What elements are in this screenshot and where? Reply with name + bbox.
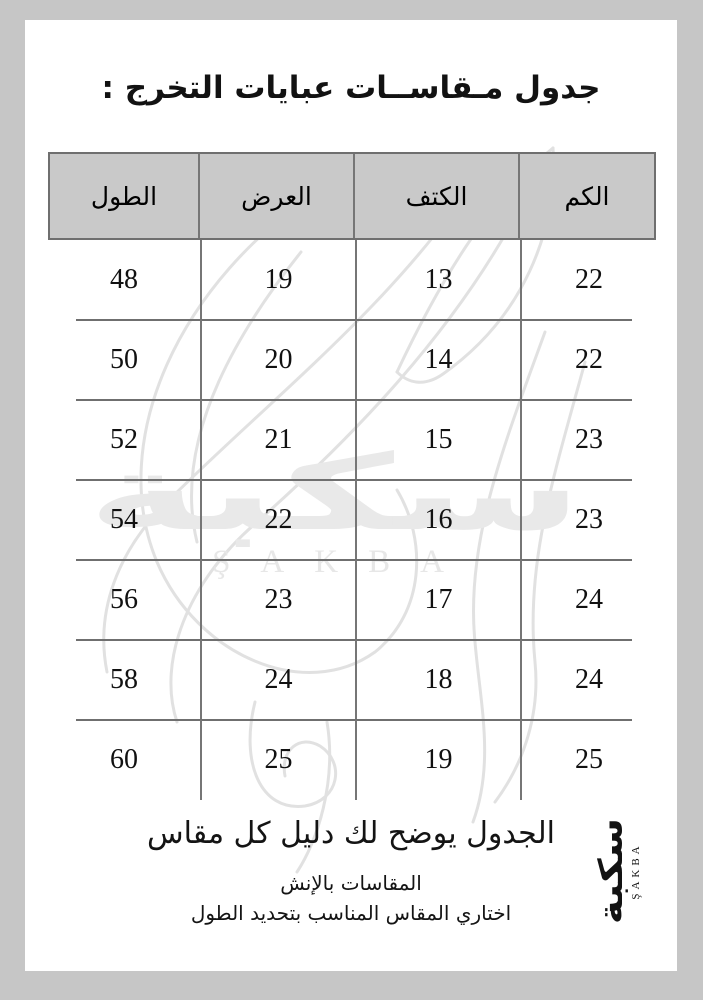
table-row: 22 14 20 50: [48, 320, 656, 400]
table-cell: 23: [520, 400, 656, 480]
table-row: 23 15 21 52: [48, 400, 656, 480]
table-cell: 21: [200, 400, 355, 480]
table-row: 24 17 23 56: [48, 560, 656, 640]
table-cell: 15: [355, 400, 520, 480]
table-cell: 24: [520, 640, 656, 720]
table-cell: 23: [520, 480, 656, 560]
footer-notes: الجدول يوضح لك دليل كل مقاس المقاسات بال…: [31, 816, 671, 925]
table-row: 23 16 22 54: [48, 480, 656, 560]
table-cell: 16: [355, 480, 520, 560]
table-cell: 60: [48, 720, 200, 800]
table-cell: 25: [520, 720, 656, 800]
table-row: 25 19 25 60: [48, 720, 656, 800]
brand-logo-latin: ŞAKBA: [630, 826, 642, 916]
table-cell: 54: [48, 480, 200, 560]
table-cell: 14: [355, 320, 520, 400]
table-cell: 20: [200, 320, 355, 400]
table-cell: 17: [355, 560, 520, 640]
table-cell: 22: [520, 320, 656, 400]
table-cell: 19: [200, 240, 355, 320]
document-page: سكبة ŞAKBA جدول مـقاســات عبايات التخرج …: [25, 20, 677, 971]
footer-note-units: المقاسات بالإنش: [31, 871, 671, 895]
size-table: الكم الكتف العرض الطول 22 13 19 48 22 14…: [48, 152, 656, 800]
header-cell-shoulder: الكتف: [353, 154, 518, 238]
table-cell: 24: [520, 560, 656, 640]
brand-logo-arabic: سكبة: [595, 815, 627, 928]
table-cell: 19: [355, 720, 520, 800]
table-cell: 48: [48, 240, 200, 320]
brand-logo: سكبة ŞAKBA: [595, 826, 645, 916]
footer-note-choose: اختاري المقاس المناسب بتحديد الطول: [31, 901, 671, 925]
table-cell: 22: [520, 240, 656, 320]
table-cell: 13: [355, 240, 520, 320]
page-title: جدول مـقاســات عبايات التخرج :: [25, 70, 677, 106]
table-cell: 18: [355, 640, 520, 720]
header-cell-length: الطول: [50, 154, 198, 238]
footer-note-guide: الجدول يوضح لك دليل كل مقاس: [31, 816, 671, 851]
table-row: 24 18 24 58: [48, 640, 656, 720]
table-cell: 50: [48, 320, 200, 400]
header-cell-sleeve: الكم: [518, 154, 654, 238]
table-row: 22 13 19 48: [48, 240, 656, 320]
table-cell: 56: [48, 560, 200, 640]
table-cell: 23: [200, 560, 355, 640]
table-header-row: الكم الكتف العرض الطول: [48, 152, 656, 240]
table-cell: 22: [200, 480, 355, 560]
table-cell: 52: [48, 400, 200, 480]
table-cell: 24: [200, 640, 355, 720]
table-cell: 58: [48, 640, 200, 720]
header-cell-width: العرض: [198, 154, 353, 238]
table-cell: 25: [200, 720, 355, 800]
